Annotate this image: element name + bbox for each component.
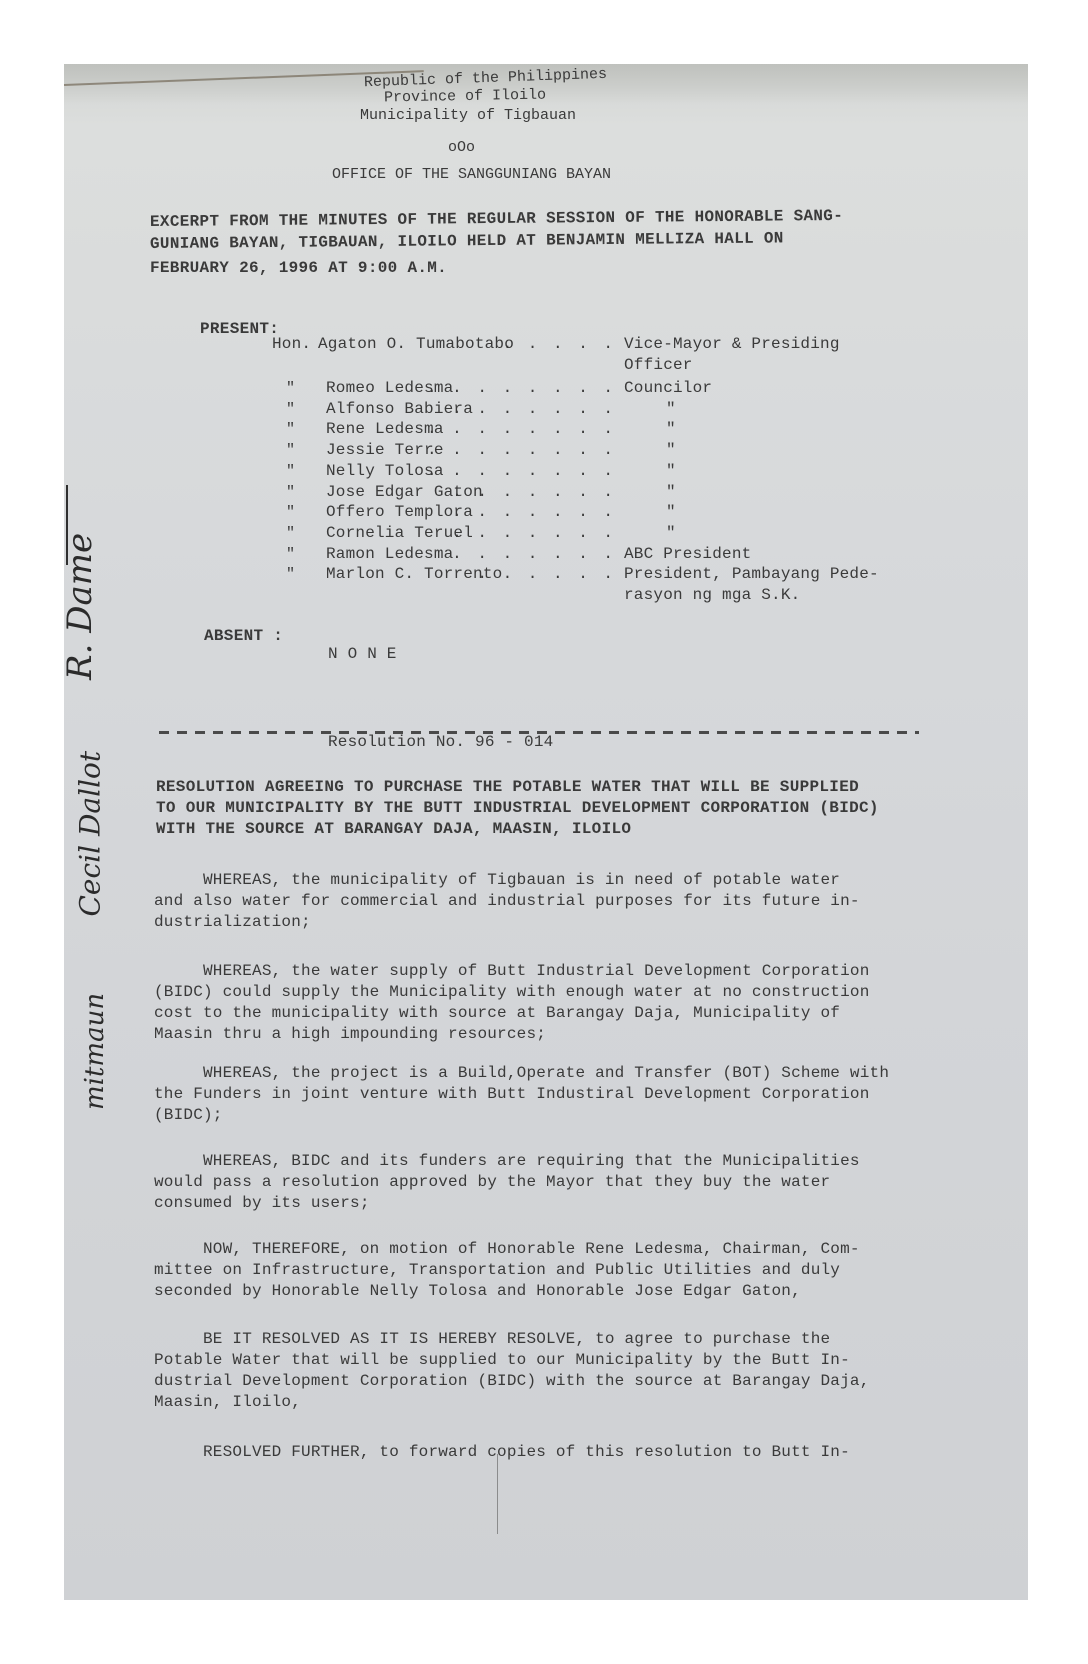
attendee-position: ABC President <box>624 544 751 565</box>
leader-dots: . . . . . . . <box>452 523 616 544</box>
attendee-name: Nelly Tolosa <box>326 461 444 482</box>
attendee-position: " <box>666 502 676 523</box>
absent-label: ABSENT : <box>204 626 283 647</box>
paragraph-line: seconded by Honorable Nelly Tolosa and H… <box>154 1281 801 1302</box>
ditto-mark: " <box>286 461 295 482</box>
margin-signature-2: Cecil Dallot <box>74 777 107 917</box>
attendee-position: Vice-Mayor & Presiding <box>624 334 840 355</box>
paragraph-line: WHEREAS, the water supply of Butt Indust… <box>154 961 870 982</box>
resolution-number: Resolution No. 96 - 014 <box>328 732 553 753</box>
paragraph-line: NOW, THEREFORE, on motion of Honorable R… <box>154 1239 860 1260</box>
ditto-mark: " <box>286 378 295 399</box>
paragraph-line: dustrial Development Corporation (BIDC) … <box>154 1371 870 1392</box>
attendee-name: Ramon Ledesma <box>326 544 453 565</box>
ditto-mark: " <box>286 523 295 544</box>
paragraph-line: dustrialization; <box>154 912 311 933</box>
leader-dots: . . . . . . <box>477 564 616 585</box>
attendee-position: President, Pambayang Pede- <box>624 564 879 585</box>
paragraph-line: Maasin thru a high impounding resources; <box>154 1024 546 1045</box>
leader-dots: . . . . . <box>503 334 616 355</box>
attendee-name: Offero Templora <box>326 502 473 523</box>
paragraph-line: mittee on Infrastructure, Transportation… <box>154 1260 840 1281</box>
paragraph-line: the Funders in joint venture with Butt I… <box>154 1084 870 1105</box>
attendee-position-cont: rasyon ng mga S.K. <box>624 585 800 606</box>
ditto-mark: " <box>286 419 295 440</box>
paragraph-line: Maasin, Iloilo, <box>154 1392 301 1413</box>
attendee-name: Agaton O. Tumabotabo <box>318 334 514 355</box>
ditto-mark: " <box>286 482 295 503</box>
absent-value: N O N E <box>328 644 397 665</box>
attendee-position: Councilor <box>624 378 712 399</box>
leader-dots: . . . . . . . <box>452 544 616 565</box>
paragraph-line: Potable Water that will be supplied to o… <box>154 1350 850 1371</box>
excerpt-line-3: FEBRUARY 26, 1996 AT 9:00 A.M. <box>150 258 447 279</box>
office-title: OFFICE OF THE SANGGUNIANG BAYAN <box>332 166 611 184</box>
leader-dots: . . . . . . . <box>452 482 616 503</box>
ditto-mark: " <box>286 564 295 585</box>
paragraph-line: (BIDC); <box>154 1105 223 1126</box>
resolution-title-line: TO OUR MUNICIPALITY BY THE BUTT INDUSTRI… <box>156 798 879 819</box>
ditto-mark: " <box>286 440 295 461</box>
attendee-position-cont: Officer <box>624 355 693 376</box>
leader-dots: . . . . . . . <box>452 399 616 420</box>
leader-dots: . . . . . . . <box>452 502 616 523</box>
attendee-position: " <box>666 440 676 461</box>
attendee-name: Alfonso Babiera <box>326 399 473 420</box>
letterhead-province: Province of Iloilo <box>384 87 546 108</box>
attendee-position: " <box>666 523 676 544</box>
leader-dots: . . . . . . . . <box>427 419 616 440</box>
letterhead-municipality: Municipality of Tigbauan <box>360 107 576 125</box>
margin-signature-3: mitmaun <box>80 1000 110 1110</box>
paragraph-line: (BIDC) could supply the Municipality wit… <box>154 982 870 1003</box>
ditto-mark: " <box>286 544 295 565</box>
ditto-mark: " <box>286 502 295 523</box>
margin-signature-1: R. Dame <box>60 560 100 680</box>
honorific-prefix: Hon. <box>272 334 311 355</box>
paragraph-line: consumed by its users; <box>154 1193 370 1214</box>
leader-dots: . . . . . . . . <box>427 461 616 482</box>
paragraph-line: cost to the municipality with source at … <box>154 1003 840 1024</box>
paper-crease-line <box>497 1454 498 1534</box>
attendee-name: Marlon C. Torrento <box>326 564 502 585</box>
attendee-position: " <box>666 482 676 503</box>
letterhead-ornament: oOo <box>448 139 475 157</box>
attendee-position: " <box>666 419 676 440</box>
document-page: Republic of the Philippines Province of … <box>64 64 1028 1600</box>
attendee-name: Cornelia Teruel <box>326 523 473 544</box>
attendee-name: Jessie Terre <box>326 440 444 461</box>
leader-dots: . . . . . . . . <box>427 440 616 461</box>
paragraph-line: and also water for commercial and indust… <box>154 891 860 912</box>
attendee-position: " <box>666 399 676 420</box>
excerpt-line-2: GUNIANG BAYAN, TIGBAUAN, ILOILO HELD AT … <box>150 228 784 255</box>
paragraph-line: WHEREAS, the project is a Build,Operate … <box>154 1063 889 1084</box>
attendee-name: Rene Ledesma <box>326 419 444 440</box>
resolution-title-line: WITH THE SOURCE AT BARANGAY DAJA, MAASIN… <box>156 819 631 840</box>
leader-dots: . . . . . . . . <box>427 378 616 399</box>
paragraph-line: WHEREAS, the municipality of Tigbauan is… <box>154 870 840 891</box>
paragraph-line: WHEREAS, BIDC and its funders are requir… <box>154 1151 860 1172</box>
paragraph-line: RESOLVED FURTHER, to forward copies of t… <box>154 1442 850 1463</box>
paragraph-line: BE IT RESOLVED AS IT IS HEREBY RESOLVE, … <box>154 1329 830 1350</box>
present-label: PRESENT: <box>200 319 279 340</box>
resolution-title-line: RESOLUTION AGREEING TO PURCHASE THE POTA… <box>156 777 859 798</box>
ditto-mark: " <box>286 399 295 420</box>
paragraph-line: would pass a resolution approved by the … <box>154 1172 830 1193</box>
attendee-position: " <box>666 461 676 482</box>
